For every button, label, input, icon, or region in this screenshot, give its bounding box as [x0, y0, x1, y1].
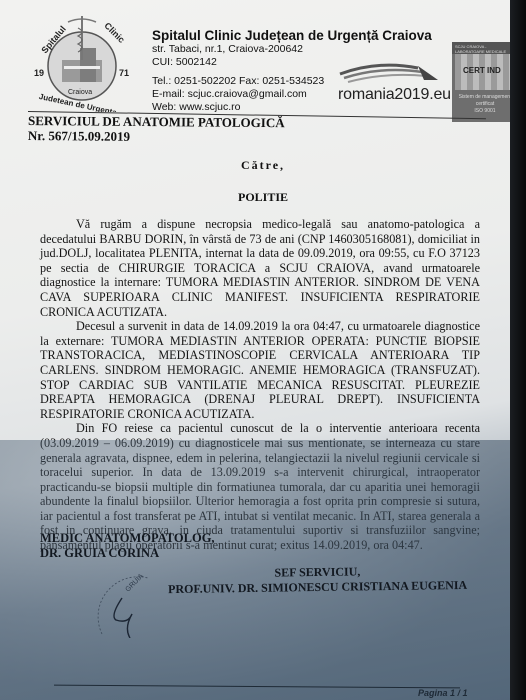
department-block: SERVICIUL DE ANATOMIE PATOLOGICĂ Nr. 567…: [28, 113, 285, 145]
pathologist-name: DR. GRUIA CORINA: [40, 546, 215, 561]
footer-divider: [54, 685, 460, 689]
document-number: Nr. 567/15.09.2019: [28, 128, 285, 145]
signature-stamp-icon: GRUIA: [88, 568, 168, 638]
page-number: Pagina 1 / 1: [418, 688, 468, 698]
letter-body: Vă rugăm a dispune necropsia medico-lega…: [40, 217, 480, 553]
romania2019-logo: romania2019.eu: [338, 58, 443, 108]
signature-pathologist: MEDIC ANATOMOPATOLOG, DR. GRUIA CORINA: [40, 531, 215, 561]
paragraph-death: Decesul a survenit in data de 14.09.2019…: [40, 319, 480, 421]
pathologist-title: MEDIC ANATOMOPATOLOG,: [40, 531, 215, 546]
iso-certification-badge: SCJU CRAIOVA - LABORATOARE MEDICALE CERT…: [452, 42, 510, 122]
to-label: Către,: [0, 158, 510, 173]
cert-ind-icon: CERT IND: [463, 66, 501, 75]
svg-text:19: 19: [34, 68, 44, 78]
recipient: POLITIE: [0, 190, 510, 205]
head-name: PROF.UNIV. DR. SIMIONESCU CRISTIANA EUGE…: [168, 578, 467, 597]
document-page: 19 71 Spitalul Clinic Craiova Judetean d…: [0, 0, 510, 700]
svg-text:Craiova: Craiova: [68, 89, 92, 96]
hospital-address: str. Tabaci, nr.1, Craiova-200642: [152, 43, 432, 56]
svg-text:GRUIA: GRUIA: [124, 573, 145, 594]
hospital-logo-icon: 19 71 Spitalul Clinic Craiova Judetean d…: [28, 10, 136, 112]
signature-head-of-service: SEF SERVICIU, PROF.UNIV. DR. SIMIONESCU …: [168, 563, 467, 597]
photo-background-edge: [510, 0, 526, 700]
romania-wave-icon: [338, 58, 443, 86]
letterhead: 19 71 Spitalul Clinic Craiova Judetean d…: [20, 8, 500, 108]
paragraph-request: Vă rugăm a dispune necropsia medico-lega…: [40, 217, 480, 319]
svg-text:71: 71: [119, 68, 129, 78]
hospital-name: Spitalul Clinic Județean de Urgență Crai…: [152, 28, 432, 43]
